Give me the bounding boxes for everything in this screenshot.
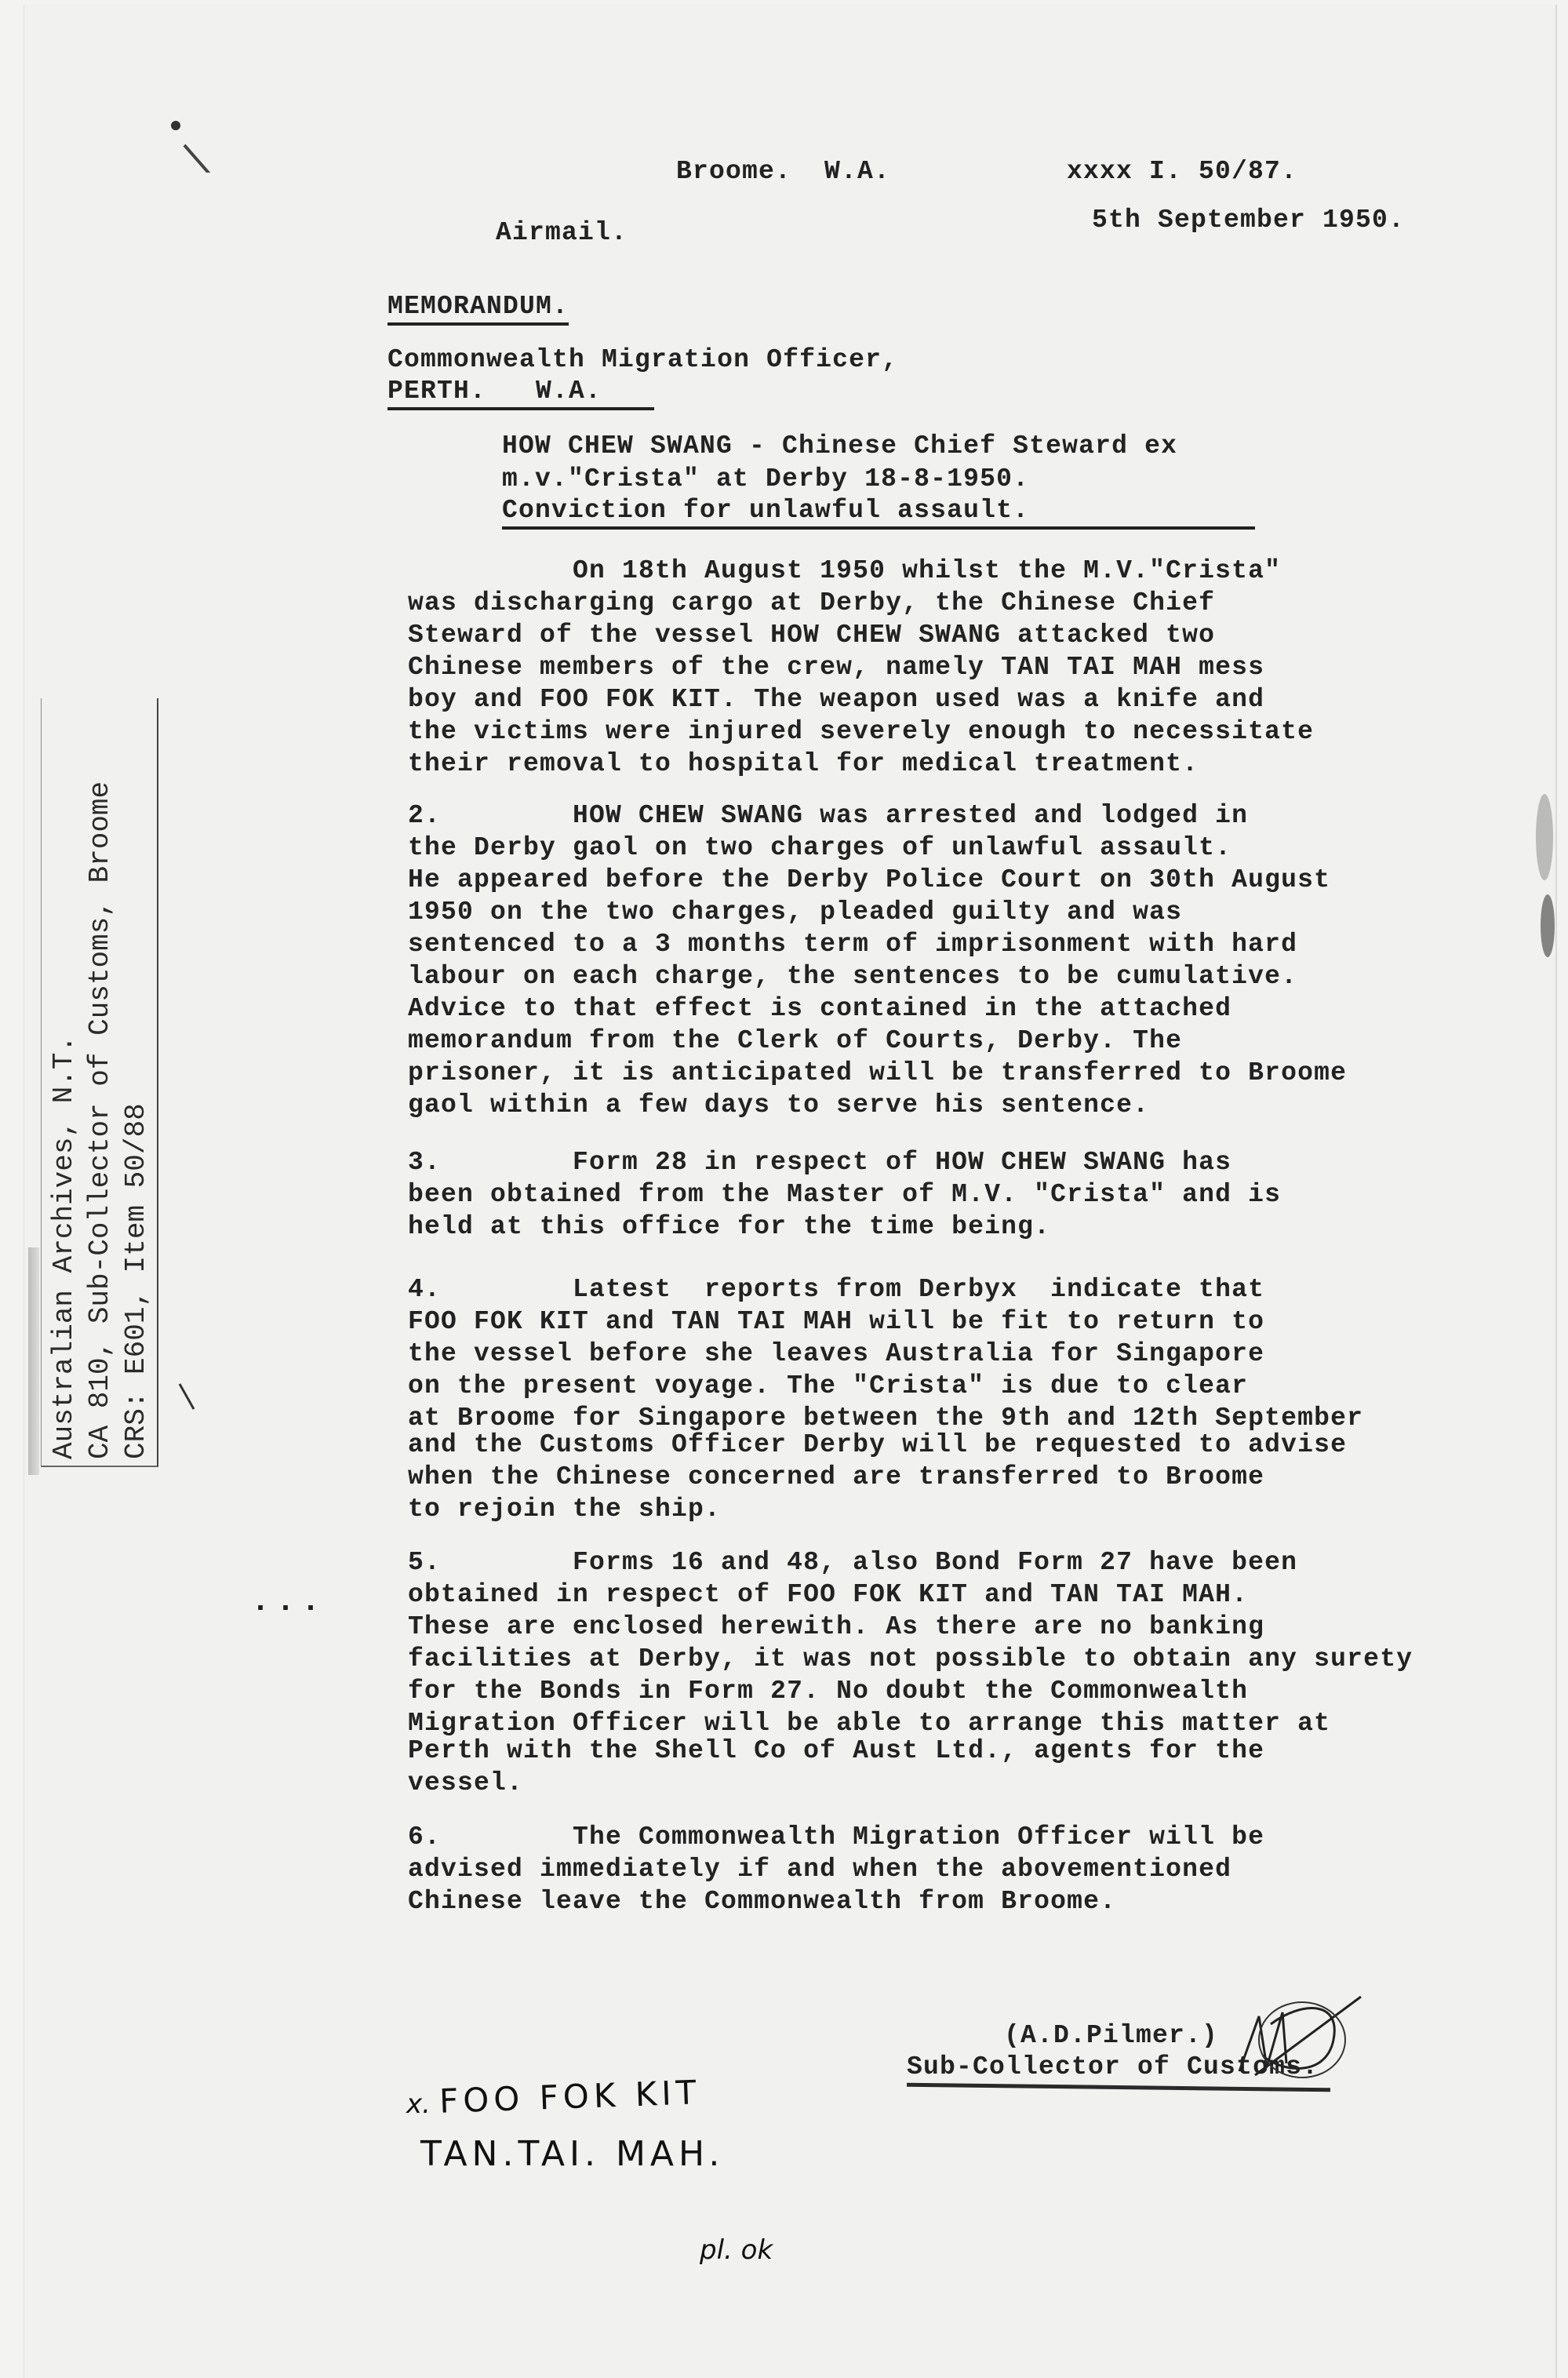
para2-line: Advice to that effect is contained in th… xyxy=(408,993,1231,1025)
para4-line: when the Chinese concerned are transferr… xyxy=(408,1462,1264,1493)
archive-stamp: Australian Archives, N.T. CA 810, Sub-Co… xyxy=(41,698,158,1467)
signatory-name: (A.D.Pilmer.) xyxy=(1004,2021,1218,2050)
stamp-shadow xyxy=(28,1247,39,1475)
addressee-line1: Commonwealth Migration Officer, xyxy=(387,345,898,374)
para3-line: been obtained from the Master of M.V. "C… xyxy=(408,1179,1281,1211)
para5-line: Forms 16 and 48, also Bond Form 27 have … xyxy=(408,1547,1297,1579)
para6-line: advised immediately if and when the abov… xyxy=(408,1854,1231,1885)
para4-line: FOO FOK KIT and TAN TAI MAH will be fit … xyxy=(408,1306,1264,1338)
handwritten-initials: pl. ok xyxy=(700,2234,773,2266)
para5-line: for the Bonds in Form 27. No doubt the C… xyxy=(408,1676,1248,1707)
para6-line: Chinese leave the Commonwealth from Broo… xyxy=(408,1886,1116,1917)
para2-line: He appeared before the Derby Police Cour… xyxy=(408,865,1330,896)
para4-line: the vessel before she leaves Australia f… xyxy=(408,1338,1264,1370)
addressee-line2: PERTH. W.A. xyxy=(387,377,654,410)
para2-line: 1950 on the two charges, pleaded guilty … xyxy=(408,897,1182,928)
para5-line: facilities at Derby, it was not possible… xyxy=(408,1644,1413,1675)
margin-tick-mark-icon xyxy=(165,110,220,173)
archive-stamp-line2: CA 810, Sub-Collector of Customs, Broome xyxy=(82,705,118,1459)
para5-line: vessel. xyxy=(408,1768,523,1799)
para5-line: These are enclosed herewith. As there ar… xyxy=(408,1611,1264,1643)
handwritten-name-2: TAN.TAI. MAH. xyxy=(420,2134,724,2174)
subject-line3: Conviction for unlawful assault. xyxy=(502,496,1255,530)
margin-dots: ... xyxy=(251,1585,326,1620)
para3-line: Form 28 in respect of HOW CHEW SWANG has xyxy=(408,1147,1231,1178)
para2-line: gaol within a few days to serve his sent… xyxy=(408,1090,1149,1121)
para1-line: was discharging cargo at Derby, the Chin… xyxy=(408,588,1215,619)
para3-line: held at this office for the time being. xyxy=(408,1211,1050,1243)
edge-smudge xyxy=(1536,794,1553,880)
para2-line: sentenced to a 3 months term of imprison… xyxy=(408,929,1297,960)
para5-line: Perth with the Shell Co of Aust Ltd., ag… xyxy=(408,1735,1264,1767)
edge-smudge xyxy=(1541,894,1555,957)
para1-line: boy and FOO FOK KIT. The weapon used was… xyxy=(408,684,1264,716)
memo-title: MEMORANDUM. xyxy=(387,292,569,326)
handwritten-marker: x. xyxy=(406,2088,431,2120)
para2-line: HOW CHEW SWANG was arrested and lodged i… xyxy=(408,800,1248,832)
para4-line: on the present voyage. The "Crista" is d… xyxy=(408,1371,1248,1402)
header-date: 5th September 1950. xyxy=(1092,206,1405,235)
archive-stamp-line1: Australian Archives, N.T. xyxy=(46,705,82,1459)
header-place: Broome. W.A. xyxy=(676,157,890,186)
para4-line: and the Customs Officer Derby will be re… xyxy=(408,1429,1347,1461)
subject-line1: HOW CHEW SWANG - Chinese Chief Steward e… xyxy=(502,432,1177,461)
margin-stroke-icon xyxy=(176,1381,200,1412)
para4-line: Latest reports from Derbyx indicate that xyxy=(408,1274,1264,1306)
para1-line: Chinese members of the crew, namely TAN … xyxy=(408,652,1264,683)
para2-line: memorandum from the Clerk of Courts, Der… xyxy=(408,1025,1182,1057)
subject-line2: m.v."Crista" at Derby 18-8-1950. xyxy=(502,464,1029,493)
header-reference: xxxx I. 50/87. xyxy=(1067,157,1297,186)
para1-line: Steward of the vessel HOW CHEW SWANG att… xyxy=(408,620,1215,651)
header-delivery: Airmail. xyxy=(496,218,628,247)
para4-line: to rejoin the ship. xyxy=(408,1494,721,1525)
para2-line: the Derby gaol on two charges of unlawfu… xyxy=(408,832,1231,864)
para1-line: their removal to hospital for medical tr… xyxy=(408,748,1199,780)
para5-line: obtained in respect of FOO FOK KIT and T… xyxy=(408,1579,1248,1611)
para1-line: On 18th August 1950 whilst the M.V."Cris… xyxy=(408,555,1281,587)
archive-stamp-line3: CRS: E601, Item 50/88 xyxy=(118,705,155,1459)
para5-line: Migration Officer will be able to arrang… xyxy=(408,1708,1330,1739)
para2-line: labour on each charge, the sentences to … xyxy=(408,961,1297,992)
para6-line: The Commonwealth Migration Officer will … xyxy=(408,1822,1264,1853)
handwritten-signature-icon xyxy=(1224,1993,1373,2087)
para2-line: prisoner, it is anticipated will be tran… xyxy=(408,1058,1347,1089)
para1-line: the victims were injured severely enough… xyxy=(408,716,1314,748)
